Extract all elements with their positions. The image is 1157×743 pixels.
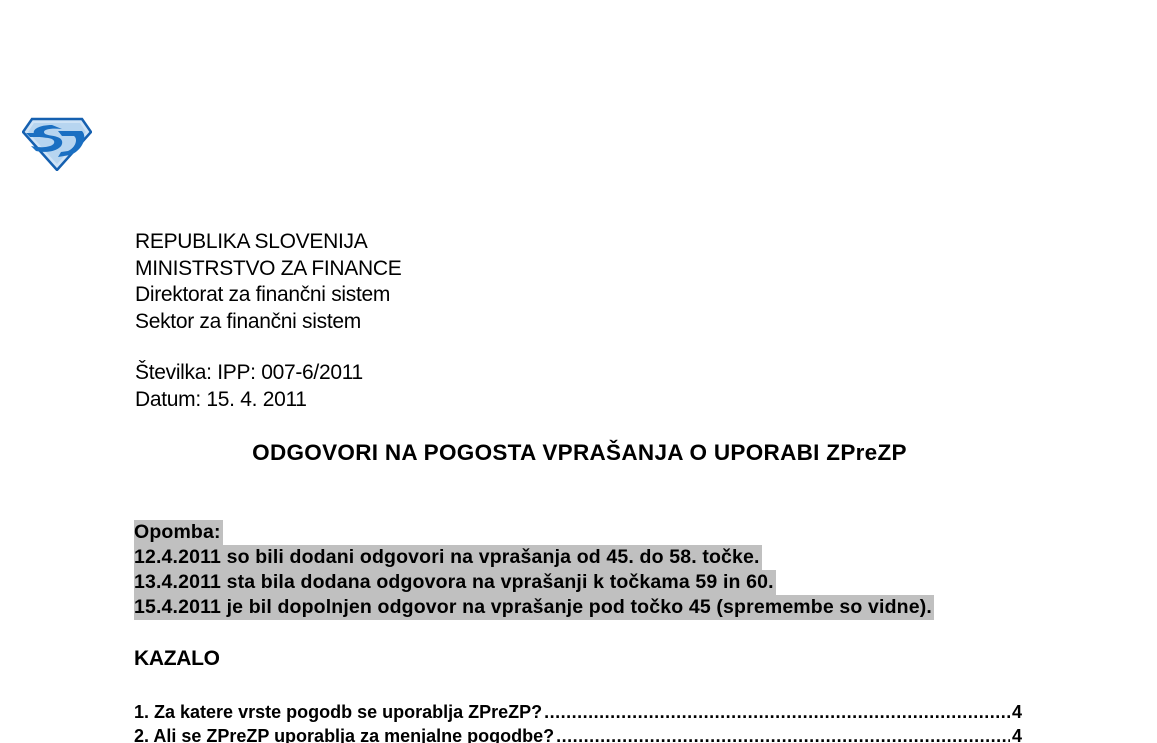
toc-heading: KAZALO <box>134 647 220 671</box>
address-line-directorate: Direktorat za finančni sistem <box>135 282 401 309</box>
toc-entry-text[interactable]: 1. Za katere vrste pogodb se uporablja Z… <box>134 700 542 724</box>
address-line-sector: Sektor za finančni sistem <box>135 309 401 336</box>
toc-entry-page[interactable]: 4 <box>1012 724 1022 743</box>
sender-address: REPUBLIKA SLOVENIJA MINISTRSTVO ZA FINAN… <box>135 229 401 335</box>
note-heading: Opomba: <box>134 520 223 545</box>
toc-entry[interactable]: 2. Ali se ZPreZP uporablja za menjalne p… <box>134 724 1022 743</box>
toc-entry[interactable]: 1. Za katere vrste pogodb se uporablja Z… <box>134 700 1022 724</box>
address-line-country: REPUBLIKA SLOVENIJA <box>135 229 401 256</box>
note-line: 13.4.2011 sta bila dodana odgovora na vp… <box>134 570 776 595</box>
note-block: Opomba: 12.4.2011 so bili dodani odgovor… <box>134 520 934 620</box>
sd-shield-logo <box>22 117 92 171</box>
toc-leader-dots <box>544 700 1010 724</box>
toc-leader-dots <box>556 724 1010 743</box>
table-of-contents: 1. Za katere vrste pogodb se uporablja Z… <box>134 700 1022 743</box>
note-line: 15.4.2011 je bil dopolnjen odgovor na vp… <box>134 595 934 620</box>
address-line-ministry: MINISTRSTVO ZA FINANCE <box>135 256 401 283</box>
document-number: Številka: IPP: 007-6/2011 <box>135 360 363 387</box>
toc-entry-page[interactable]: 4 <box>1012 700 1022 724</box>
toc-entry-text[interactable]: 2. Ali se ZPreZP uporablja za menjalne p… <box>134 724 554 743</box>
shield-logo-icon <box>22 117 92 171</box>
document-meta: Številka: IPP: 007-6/2011 Datum: 15. 4. … <box>135 360 363 413</box>
document-date: Datum: 15. 4. 2011 <box>135 387 363 414</box>
note-line: 12.4.2011 so bili dodani odgovori na vpr… <box>134 545 762 570</box>
document-title: ODGOVORI NA POGOSTA VPRAŠANJA O UPORABI … <box>0 440 1157 466</box>
